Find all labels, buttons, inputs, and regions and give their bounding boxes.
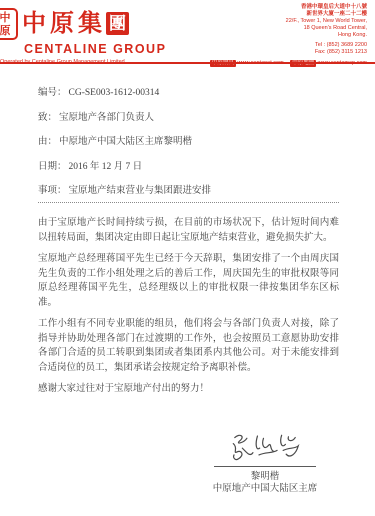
logo-latin-name: CENTALINE GROUP (24, 42, 166, 56)
date-value: 2016 年 12 月 7 日 (69, 162, 143, 172)
centaline-logo: 中 原 中原集團 CENTALINE GROUP Operated by Cen… (0, 8, 166, 65)
sender-label: 由： (38, 137, 57, 147)
signature-rule (214, 466, 316, 467)
logo-chinese-name: 中原集團 (22, 11, 129, 37)
letterhead: 中 原 中原集團 CENTALINE GROUP Operated by Cen… (0, 0, 375, 62)
sender-value: 中原地产中国大陆区主席黎明楷 (59, 137, 192, 147)
logo-boxed-char: 團 (106, 12, 129, 35)
address-fax: Fax: (852) 3115 1213 (205, 49, 367, 56)
sender-line: 由：中原地产中国大陆区主席黎明楷 (38, 137, 339, 148)
header-divider (0, 62, 375, 64)
address-en-line3: Hong Kong. (205, 32, 367, 39)
paragraph-3: 工作小组有不同专业职能的组员，他们将会与各部门负责人对接，除了指导并协助处理各部… (38, 317, 339, 375)
subject-value: 宝原地产结束营业与集团跟进安排 (69, 186, 212, 196)
date-line: 日期：2016 年 12 月 7 日 (38, 162, 339, 173)
letter-body: 编号：CG-SE003-1612-00314 致：宝原地产各部门负责人 由：中原… (38, 88, 339, 397)
address-zh-line2: 新世界大廈一座二十二樓 (205, 11, 367, 18)
closing-line: 感谢大家过往对于宝原地产付出的努力！ (38, 382, 339, 397)
subject-label: 事项： (38, 186, 67, 196)
signer-title: 中原地产中国大陆区主席 (210, 483, 320, 496)
signer-name: 黎明楷 (210, 471, 320, 483)
subject-line: 事项：宝原地产结束营业与集团跟进安排 (38, 186, 339, 197)
subject-divider (38, 202, 339, 203)
address-zh-line1: 香港中環皇后大道中十八號 (205, 4, 367, 11)
centaline-seal-icon: 中 原 (0, 8, 18, 40)
seal-char-bottom: 原 (0, 25, 16, 38)
recipient-value: 宝原地产各部门负责人 (59, 113, 154, 123)
paragraph-2: 宝原地产总经理蒋国平先生已经于今天辞职，集团安排了一个由周庆国先生负责的工作小组… (38, 252, 339, 310)
ref-number-label: 编号： (38, 88, 67, 98)
seal-char-top: 中 (0, 12, 16, 25)
logo-chinese-main: 中原集 (22, 11, 106, 37)
handwritten-signature-image (227, 430, 303, 464)
recipient-label: 致： (38, 113, 57, 123)
ref-number-line: 编号：CG-SE003-1612-00314 (38, 88, 339, 99)
ref-number-value: CG-SE003-1612-00314 (69, 88, 160, 98)
recipient-line: 致：宝原地产各部门负责人 (38, 113, 339, 124)
paragraph-1: 由于宝原地产长时间持续亏损，在目前的市场状况下，估计短时间内难以扭转局面，集团决… (38, 216, 339, 245)
letterhead-address: 香港中環皇后大道中十八號 新世界大廈一座二十二樓 22/F., Tower 1,… (205, 4, 367, 67)
date-label: 日期： (38, 162, 67, 172)
signature-block: 黎明楷 中原地产中国大陆区主席 (210, 430, 320, 496)
address-tel: Tel : (852) 3689 2200 (205, 42, 367, 49)
address-en-line1: 22/F., Tower 1, New World Tower, (205, 18, 367, 25)
address-en-line2: 18 Queen's Road Central, (205, 25, 367, 32)
